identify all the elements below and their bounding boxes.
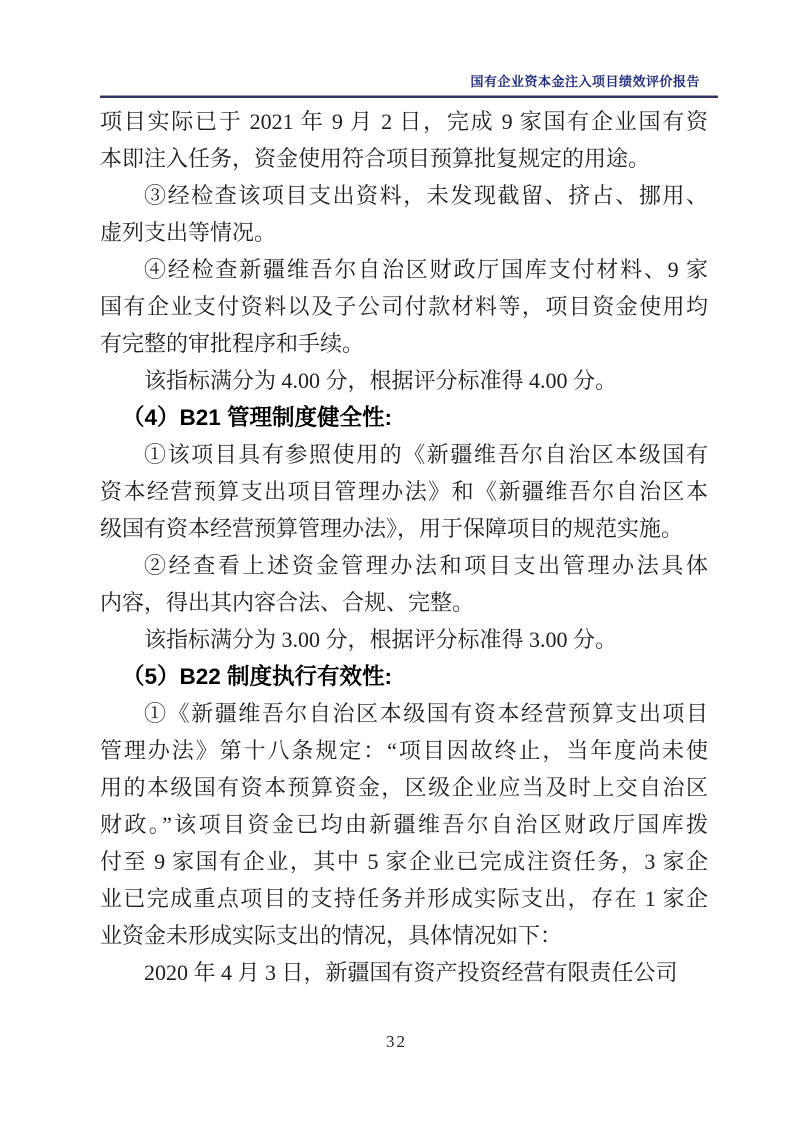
text-line: 用的本级国有资本预算资金，区级企业应当及时上交自治区: [100, 769, 708, 806]
text-line: 级国有资本经营预算管理办法》，用于保障项目的规范实施。: [100, 510, 708, 547]
paragraph-block: 项目实际已于 2021 年 9 月 2 日，完成 9 家国有企业国有资本即注入任…: [100, 103, 708, 177]
paragraph-block: ②经查看上述资金管理办法和项目支出管理办法具体内容，得出其内容合法、合规、完整。: [100, 547, 708, 621]
paragraph-block: ③经检查该项目支出资料，未发现截留、挤占、挪用、虚列支出等情况。: [100, 177, 708, 251]
paragraph-block: ①该项目具有参照使用的《新疆维吾尔自治区本级国有资本经营预算支出项目管理办法》和…: [100, 436, 708, 547]
paragraph-block: ①《新疆维吾尔自治区本级国有资本经营预算支出项目管理办法》第十八条规定：“项目因…: [100, 695, 708, 954]
text-line: 本即注入任务，资金使用符合项目预算批复规定的用途。: [100, 140, 708, 177]
paragraph-block: 该指标满分为 3.00 分，根据评分标准得 3.00 分。: [100, 621, 708, 658]
page-number: 32: [0, 1032, 793, 1052]
text-line: 付至 9 家国有企业，其中 5 家企业已完成注资任务，3 家企: [100, 843, 708, 880]
text-line: 国有企业支付资料以及子公司付款材料等，项目资金使用均: [100, 288, 708, 325]
paragraph-block: 2020 年 4 月 3 日，新疆国有资产投资经营有限责任公司: [100, 954, 708, 991]
text-line: 虚列支出等情况。: [100, 214, 708, 251]
header-rule: [100, 95, 718, 98]
document-body: 项目实际已于 2021 年 9 月 2 日，完成 9 家国有企业国有资本即注入任…: [100, 103, 708, 991]
text-line: 该指标满分为 4.00 分，根据评分标准得 4.00 分。: [100, 362, 708, 399]
document-page: 国有企业资本金注入项目绩效评价报告 项目实际已于 2021 年 9 月 2 日，…: [0, 0, 793, 1122]
text-line: 该指标满分为 3.00 分，根据评分标准得 3.00 分。: [100, 621, 708, 658]
text-line: 2020 年 4 月 3 日，新疆国有资产投资经营有限责任公司: [100, 954, 708, 991]
text-line: 业资金未形成实际支出的情况，具体情况如下：: [100, 917, 708, 954]
text-line: 管理办法》第十八条规定：“项目因故终止，当年度尚未使: [100, 732, 708, 769]
section-heading: （4）B21 管理制度健全性:: [100, 399, 708, 436]
text-line: ②经查看上述资金管理办法和项目支出管理办法具体: [100, 547, 708, 584]
text-line: 财政。”该项目资金已均由新疆维吾尔自治区财政厅国库拨: [100, 806, 708, 843]
text-line: 项目实际已于 2021 年 9 月 2 日，完成 9 家国有企业国有资: [100, 103, 708, 140]
section-heading: （5）B22 制度执行有效性:: [100, 658, 708, 695]
text-line: ①该项目具有参照使用的《新疆维吾尔自治区本级国有: [100, 436, 708, 473]
text-line: ④经检查新疆维吾尔自治区财政厅国库支付材料、9 家: [100, 251, 708, 288]
heading-block: （4）B21 管理制度健全性:: [100, 399, 708, 436]
text-line: 资本经营预算支出项目管理办法》和《新疆维吾尔自治区本: [100, 473, 708, 510]
paragraph-block: 该指标满分为 4.00 分，根据评分标准得 4.00 分。: [100, 362, 708, 399]
text-line: ③经检查该项目支出资料，未发现截留、挤占、挪用、: [100, 177, 708, 214]
text-line: 内容，得出其内容合法、合规、完整。: [100, 584, 708, 621]
text-line: ①《新疆维吾尔自治区本级国有资本经营预算支出项目: [100, 695, 708, 732]
text-line: 业已完成重点项目的支持任务并形成实际支出，存在 1 家企: [100, 880, 708, 917]
text-line: 有完整的审批程序和手续。: [100, 325, 708, 362]
running-header-title: 国有企业资本金注入项目绩效评价报告: [100, 71, 700, 89]
paragraph-block: ④经检查新疆维吾尔自治区财政厅国库支付材料、9 家国有企业支付资料以及子公司付款…: [100, 251, 708, 362]
heading-block: （5）B22 制度执行有效性:: [100, 658, 708, 695]
